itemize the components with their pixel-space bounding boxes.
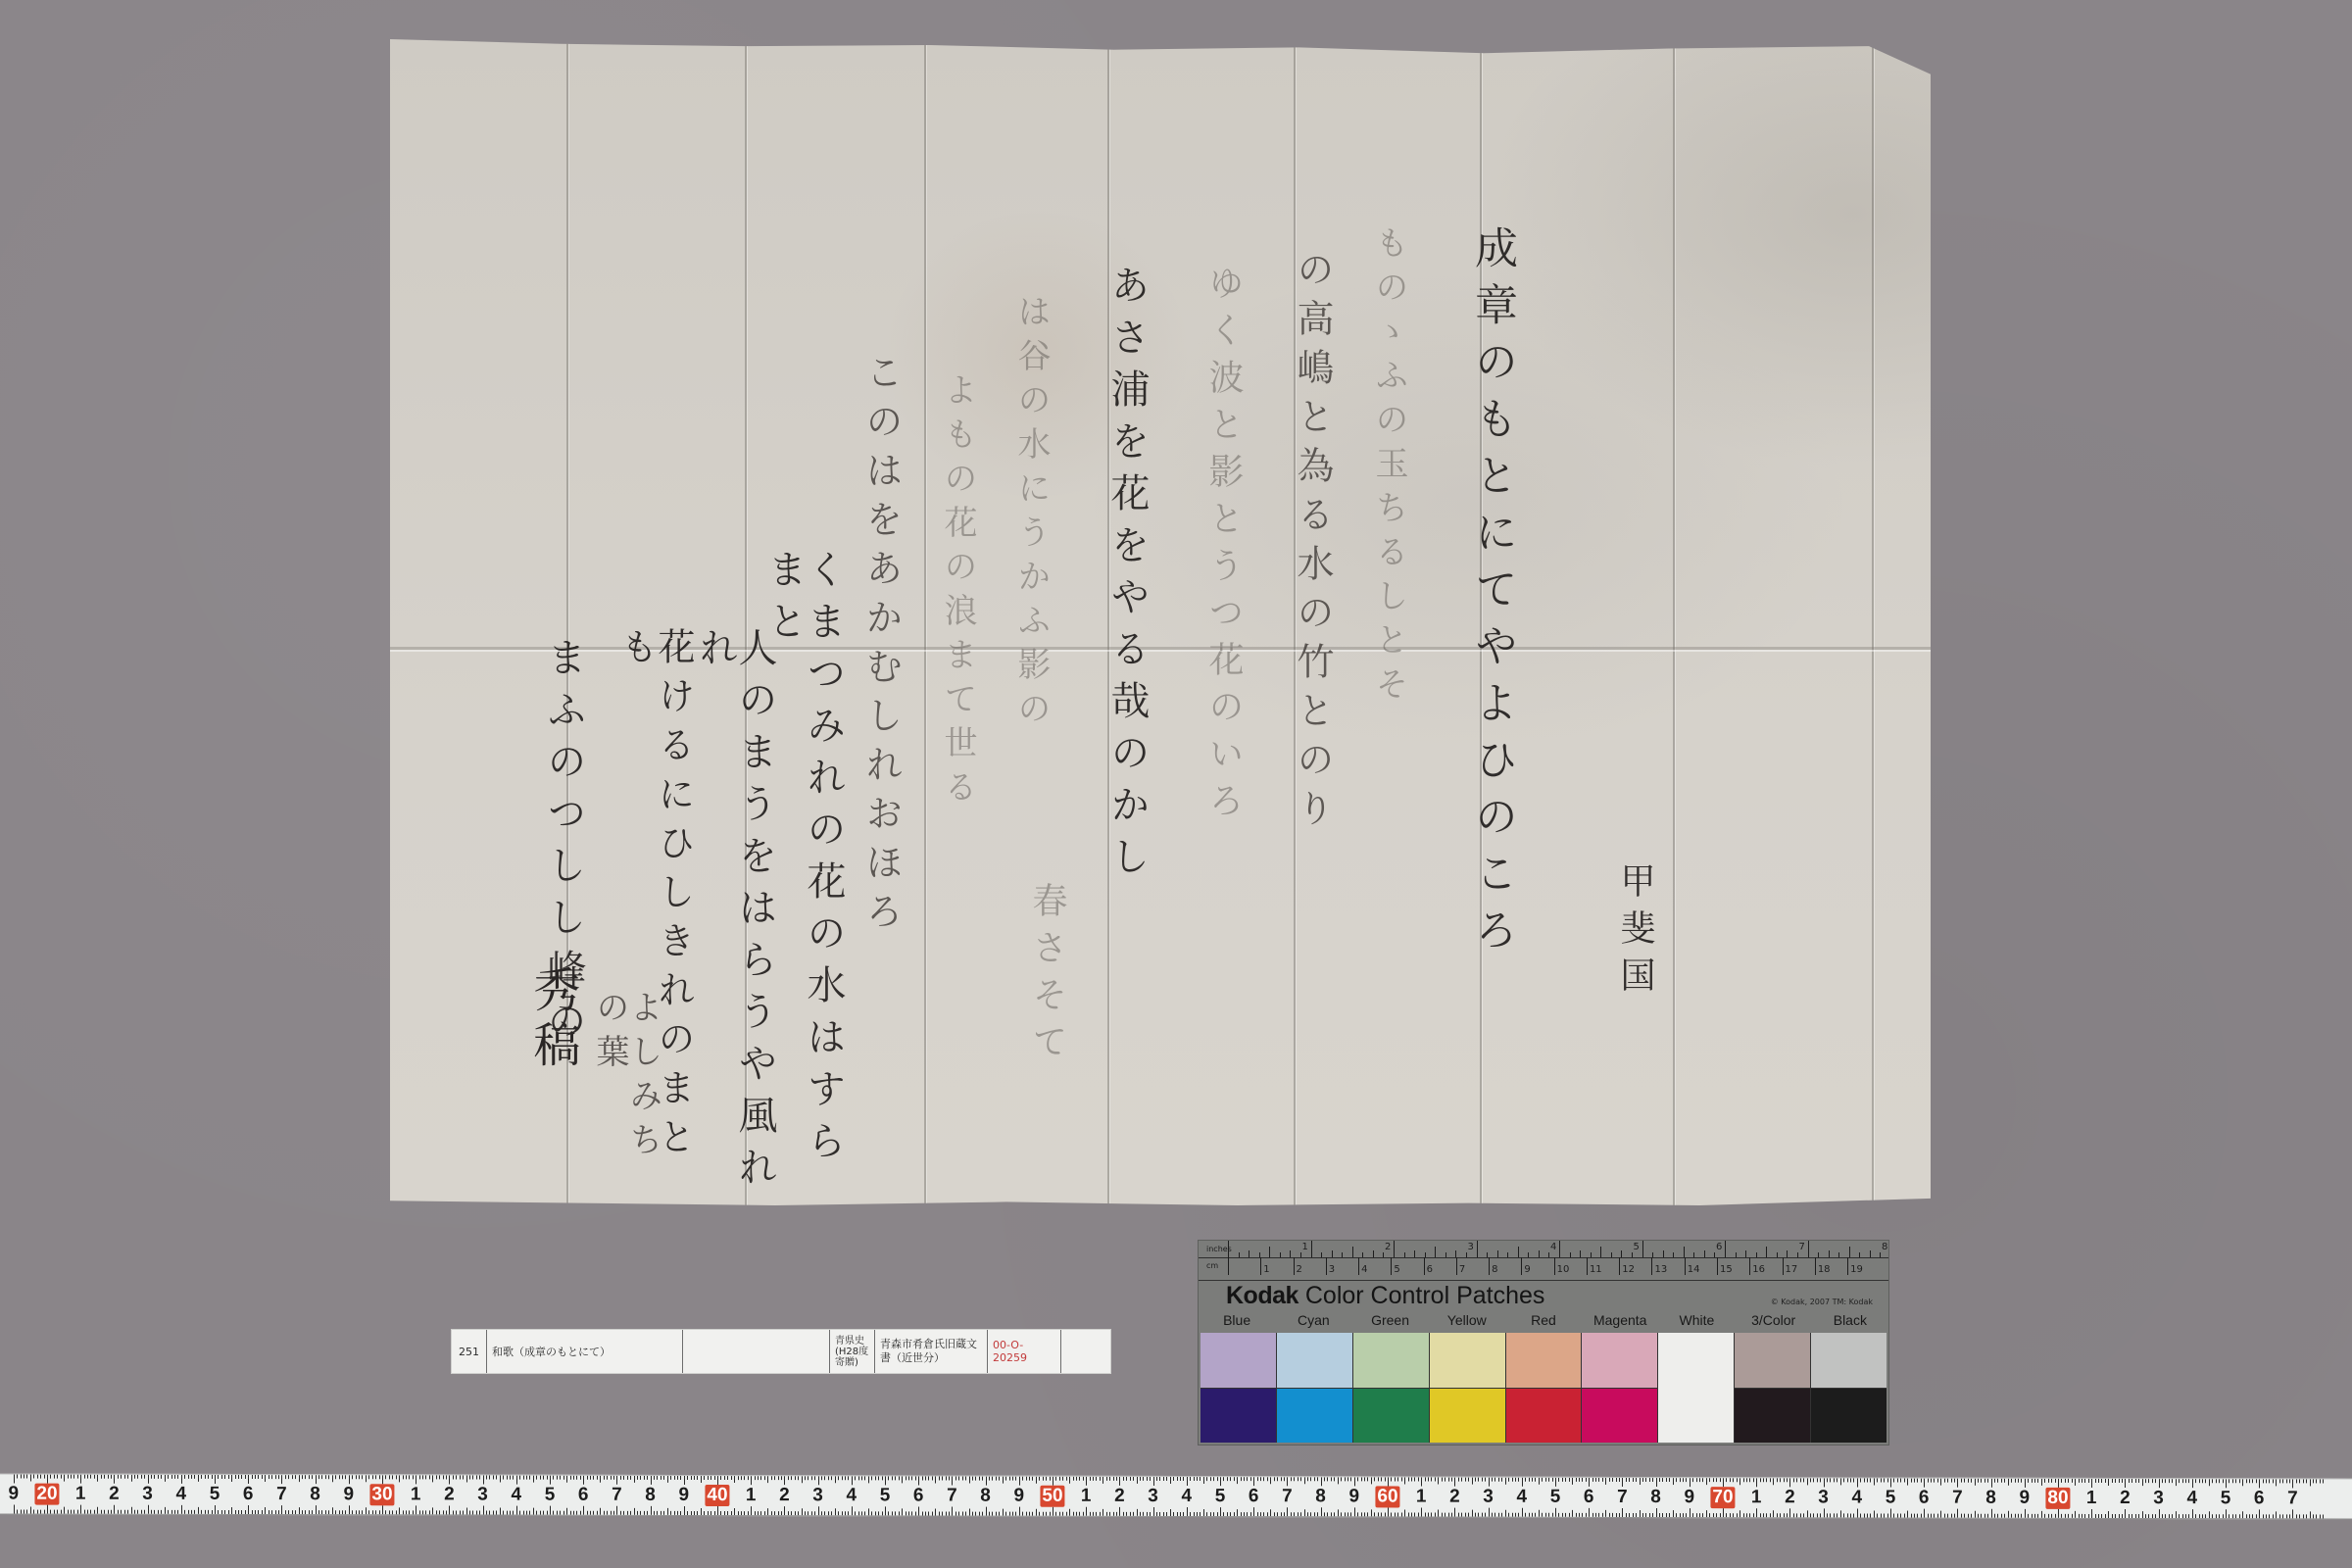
tape-tick	[1686, 1478, 1687, 1482]
inch-tick	[1559, 1241, 1560, 1257]
tape-tick	[1257, 1512, 1258, 1516]
tape-tick	[1864, 1478, 1865, 1482]
inch-tick	[1394, 1241, 1395, 1257]
tape-tick	[1793, 1513, 1794, 1517]
tape-cm-label: 3	[1148, 1486, 1158, 1507]
tape-tick	[864, 1511, 865, 1515]
tape-tick	[1676, 1478, 1677, 1482]
tape-tick	[1458, 1478, 1459, 1482]
tape-tick	[2323, 1514, 2324, 1518]
tape-tick	[342, 1475, 343, 1479]
tape-tick	[218, 1475, 219, 1479]
inch-tick	[1414, 1250, 1415, 1257]
tape-tick	[2172, 1514, 2173, 1518]
tape-tick	[2122, 1479, 2123, 1483]
tape-tick	[1874, 1478, 1875, 1485]
tape-tick	[925, 1476, 926, 1480]
tape-tick	[1598, 1513, 1599, 1517]
tape-tick	[1414, 1478, 1415, 1482]
tape-tick	[1166, 1477, 1167, 1481]
tape-tick	[1147, 1477, 1148, 1481]
patch-name-label: Blue	[1199, 1312, 1275, 1332]
tape-tick	[2001, 1514, 2002, 1518]
tape-tick	[1726, 1478, 1727, 1482]
tape-cm-label: 4	[847, 1485, 857, 1506]
cm-label: 9	[1524, 1264, 1530, 1275]
tape-decade-label: 50	[1040, 1486, 1064, 1507]
tape-cm-label: 6	[1919, 1488, 1930, 1509]
tape-tick	[952, 1507, 953, 1516]
tape-tick	[21, 1510, 22, 1514]
tape-tick	[1197, 1512, 1198, 1516]
tape-tick	[1870, 1513, 1871, 1517]
tape-tick	[2041, 1511, 2042, 1518]
tape-tick	[1994, 1479, 1995, 1483]
inch-tick	[1725, 1241, 1726, 1257]
tape-tick	[657, 1476, 658, 1480]
tape-tick	[305, 1510, 306, 1514]
tape-tick	[345, 1475, 346, 1479]
tape-tick	[848, 1476, 849, 1480]
tape-tick	[68, 1510, 69, 1514]
tape-tick	[2131, 1514, 2132, 1518]
tape-tick	[2259, 1509, 2260, 1518]
tape-tick	[1968, 1514, 1969, 1518]
tape-cm-label: 8	[645, 1485, 656, 1506]
tape-tick	[697, 1511, 698, 1515]
tape-tick	[1267, 1512, 1268, 1516]
tape-tick	[593, 1476, 594, 1480]
inch-tick	[1787, 1250, 1788, 1257]
tape-tick	[1512, 1478, 1513, 1482]
tape-tick	[2119, 1514, 2120, 1518]
tape-tick	[2028, 1514, 2029, 1518]
inch-label: 2	[1385, 1242, 1391, 1252]
tape-tick	[1897, 1514, 1898, 1518]
color-patch-magenta	[1582, 1333, 1658, 1443]
dark-patch	[1353, 1388, 1429, 1444]
tape-tick	[1086, 1477, 1087, 1486]
tape-tick	[911, 1476, 912, 1480]
cm-label: 2	[1297, 1264, 1302, 1275]
color-patch-green	[1353, 1333, 1430, 1443]
tape-tick	[2135, 1479, 2136, 1483]
kodak-title: Kodak Color Control Patches	[1226, 1282, 1544, 1310]
tape-tick	[798, 1511, 799, 1515]
tape-cm-label: 3	[477, 1485, 488, 1506]
color-patch-white	[1658, 1333, 1735, 1443]
tape-tick	[2008, 1511, 2009, 1518]
tape-tick	[26, 1475, 27, 1479]
tape-tick	[40, 1475, 41, 1479]
tape-tick	[84, 1510, 85, 1514]
tape-tick	[2239, 1479, 2240, 1483]
tape-tick	[2212, 1479, 2213, 1483]
calligraphy-column: 成章のもとにてやよひのころ	[1470, 225, 1513, 964]
dark-patch	[1735, 1388, 1810, 1444]
tape-tick	[1867, 1513, 1868, 1517]
tape-tick	[616, 1476, 617, 1485]
tape-tick	[824, 1476, 825, 1480]
tape-tick	[1059, 1477, 1060, 1481]
tape-tick	[299, 1507, 300, 1514]
cm-label: 17	[1786, 1264, 1798, 1275]
tape-tick	[1137, 1509, 1138, 1516]
tape-tick	[1793, 1478, 1794, 1482]
tape-tick	[1291, 1512, 1292, 1516]
tape-tick	[2084, 1514, 2085, 1518]
tape-tick	[1448, 1513, 1449, 1517]
inch-tick	[1539, 1250, 1540, 1257]
tape-tick	[1931, 1514, 1932, 1518]
tape-tick	[885, 1506, 886, 1515]
tape-cm-label: 9	[679, 1485, 690, 1506]
tape-tick	[781, 1476, 782, 1480]
tape-tick	[1411, 1478, 1412, 1482]
tape-tick	[734, 1508, 735, 1515]
tape-tick	[784, 1476, 785, 1485]
tape-tick	[1194, 1512, 1195, 1516]
inch-tick	[1808, 1241, 1809, 1257]
tape-tick	[1542, 1513, 1543, 1517]
tape-cm-label: 2	[444, 1484, 455, 1505]
tape-tick	[1170, 1477, 1171, 1484]
cm-label: 16	[1752, 1264, 1765, 1275]
tape-tick	[731, 1476, 732, 1480]
color-patch-cyan	[1277, 1333, 1353, 1443]
cm-tick	[1749, 1257, 1750, 1275]
tape-tick	[1015, 1512, 1016, 1516]
tape-tick	[616, 1506, 617, 1515]
tape-cm-label: 6	[2254, 1488, 2265, 1509]
tape-cm-label: 6	[578, 1485, 589, 1506]
tape-tick	[1090, 1477, 1091, 1481]
tape-tick	[654, 1511, 655, 1515]
tape-tick	[1666, 1513, 1667, 1517]
tape-tick	[359, 1510, 360, 1514]
tape-tick	[1770, 1478, 1771, 1482]
tape-tick	[2266, 1514, 2267, 1518]
tape-tick	[992, 1477, 993, 1481]
tape-tick	[1428, 1478, 1429, 1482]
tape-tick	[1706, 1478, 1707, 1485]
tape-tick	[1159, 1512, 1160, 1516]
tape-tick	[1501, 1513, 1502, 1517]
tape-tick	[281, 1505, 282, 1514]
tape-tick	[1713, 1513, 1714, 1517]
tape-tick	[121, 1475, 122, 1479]
tape-tick	[1478, 1513, 1479, 1517]
calligraphy-column: 甲斐国	[1617, 862, 1652, 1004]
tape-tick	[670, 1476, 671, 1480]
tape-tick	[1482, 1478, 1483, 1482]
tape-tick	[1997, 1514, 1998, 1518]
kodak-title-text: Color Control Patches	[1305, 1282, 1545, 1309]
dark-patch	[1506, 1388, 1582, 1444]
tape-tick	[557, 1511, 558, 1515]
tape-tick	[449, 1475, 450, 1484]
patch-names: BlueCyanGreenYellowRedMagentaWhite3/Colo…	[1199, 1312, 1888, 1332]
tape-tick	[443, 1475, 444, 1479]
tape-tick	[1981, 1514, 1982, 1518]
tape-tick	[1562, 1478, 1563, 1482]
tape-tick	[583, 1476, 584, 1485]
tape-tick	[1991, 1479, 1992, 1488]
tape-tick	[215, 1505, 216, 1514]
tape-tick	[2282, 1479, 2283, 1483]
tape-tick	[1183, 1512, 1184, 1516]
tape-tick	[2065, 1514, 2066, 1518]
tape-tick	[1690, 1478, 1690, 1487]
tape-tick	[262, 1510, 263, 1514]
tape-tick	[194, 1510, 195, 1514]
tape-cm-label: 4	[1852, 1487, 1863, 1508]
tape-tick	[278, 1510, 279, 1514]
tape-tick	[727, 1511, 728, 1515]
tape-tick	[1183, 1477, 1184, 1481]
tape-tick	[1102, 1477, 1103, 1484]
tape-tick	[1284, 1512, 1285, 1516]
tape-tick	[446, 1475, 447, 1479]
tape-tick	[1498, 1513, 1499, 1517]
tape-tick	[1143, 1512, 1144, 1516]
tape-tick	[2122, 1514, 2123, 1518]
tape-tick	[2162, 1514, 2163, 1518]
tape-cm-label: 5	[545, 1485, 556, 1506]
tape-tick	[1824, 1478, 1825, 1487]
tape-tick	[623, 1511, 624, 1515]
tape-tick	[1720, 1478, 1721, 1482]
tape-tick	[1438, 1510, 1439, 1517]
tape-tick	[54, 1510, 55, 1514]
tape-tick	[278, 1475, 279, 1479]
tape-tick	[510, 1476, 511, 1480]
tape-tick	[1036, 1477, 1037, 1484]
tape-tick	[1177, 1512, 1178, 1516]
tape-tick	[463, 1475, 464, 1479]
patch-name-label: Yellow	[1429, 1312, 1505, 1332]
tape-tick	[1391, 1512, 1392, 1516]
tape-tick	[1787, 1513, 1788, 1517]
tape-tick	[299, 1475, 300, 1482]
tape-tick	[613, 1511, 614, 1515]
tape-tick	[432, 1475, 433, 1482]
tape-tick	[1230, 1477, 1231, 1481]
tape-tick	[1090, 1512, 1091, 1516]
tape-tick	[1692, 1478, 1693, 1482]
tape-tick	[372, 1510, 373, 1514]
tape-tick	[680, 1511, 681, 1515]
tape-tick	[406, 1510, 407, 1514]
tape-tick	[1364, 1512, 1365, 1516]
tape-tick	[1388, 1507, 1389, 1516]
tape-tick	[1408, 1477, 1409, 1481]
tape-tick	[1055, 1512, 1056, 1516]
tape-tick	[2199, 1514, 2200, 1518]
tape-tick	[1465, 1478, 1466, 1482]
tape-tick	[2011, 1514, 2012, 1518]
tape-tick	[2256, 1514, 2257, 1518]
tape-tick	[1062, 1512, 1063, 1516]
patch-name-label: Magenta	[1582, 1312, 1658, 1332]
tape-cm-label: 7	[1617, 1487, 1628, 1508]
tape-tick	[526, 1476, 527, 1480]
tape-tick	[194, 1475, 195, 1479]
tape-tick	[2105, 1514, 2106, 1518]
color-patch-blue	[1200, 1333, 1277, 1443]
tape-tick	[1388, 1477, 1389, 1486]
tape-tick	[104, 1475, 105, 1479]
tape-cm-label: 1	[1416, 1487, 1427, 1508]
tape-tick	[1093, 1512, 1094, 1516]
tape-tick	[1746, 1513, 1747, 1517]
tape-tick	[1220, 1507, 1221, 1516]
tape-tick	[1096, 1512, 1097, 1516]
tape-tick	[902, 1508, 903, 1515]
tape-tick	[1066, 1512, 1067, 1516]
tape-tick	[955, 1512, 956, 1516]
catalog-label-card: 251 和歌（成章のもとにて） 青県史(H28度寄贈) 青森市肴倉氏旧蔵文書（近…	[451, 1329, 1111, 1374]
tape-tick	[1130, 1477, 1131, 1481]
tape-tick	[2011, 1479, 2012, 1483]
tape-tick	[2044, 1514, 2045, 1518]
tape-tick	[469, 1475, 470, 1479]
tape-tick	[1535, 1478, 1536, 1482]
tape-tick	[1298, 1512, 1298, 1516]
tape-tick	[2048, 1479, 2049, 1483]
tape-tick	[1924, 1479, 1925, 1488]
tape-tick	[644, 1511, 645, 1515]
tape-tick	[1532, 1478, 1533, 1482]
tape-tick	[1083, 1512, 1084, 1516]
tape-cm-label: 7	[947, 1486, 957, 1507]
tape-tick	[111, 1475, 112, 1479]
tape-tick	[1555, 1478, 1556, 1487]
tape-tick	[2176, 1479, 2177, 1486]
tape-tick	[1234, 1477, 1235, 1481]
tape-tick	[1227, 1477, 1228, 1481]
tape-tick	[255, 1510, 256, 1514]
tape-tick	[1602, 1513, 1603, 1517]
tape-tick	[1857, 1508, 1858, 1517]
tape-tick	[2239, 1514, 2240, 1518]
tape-tick	[265, 1507, 266, 1514]
tape-tick	[1766, 1513, 1767, 1517]
tape-tick	[1756, 1478, 1757, 1487]
tape-tick	[1494, 1478, 1495, 1482]
tape-tick	[332, 1507, 333, 1514]
tape-tick	[359, 1475, 360, 1479]
tape-tick	[2276, 1511, 2277, 1518]
tape-tick	[208, 1475, 209, 1479]
tape-tick	[1589, 1508, 1590, 1517]
tape-tick	[385, 1475, 386, 1479]
tape-tick	[2209, 1479, 2210, 1486]
tape-tick	[1321, 1477, 1322, 1486]
tape-tick	[925, 1511, 926, 1515]
tape-tick	[587, 1476, 588, 1480]
tape-tick	[1341, 1477, 1342, 1481]
tape-tick	[1964, 1479, 1965, 1483]
tape-tick	[90, 1510, 91, 1514]
tape-tick	[764, 1511, 765, 1515]
tape-tick	[1662, 1513, 1663, 1517]
tape-tick	[871, 1511, 872, 1515]
tape-tick	[1893, 1514, 1894, 1518]
tape-tick	[1106, 1477, 1107, 1481]
tape-tick	[1069, 1477, 1070, 1484]
tape-tick	[1153, 1507, 1154, 1516]
tape-tick	[1944, 1479, 1945, 1483]
tape-cm-label: 8	[1315, 1486, 1326, 1507]
tape-cm-label: 2	[1114, 1486, 1125, 1507]
tape-tick	[1934, 1479, 1935, 1483]
tape-tick	[158, 1475, 159, 1479]
tape-decade-label: 70	[1710, 1487, 1735, 1508]
tape-tick	[1997, 1479, 1998, 1483]
tape-tick	[64, 1475, 65, 1482]
tape-tick	[14, 1475, 15, 1484]
tape-tick	[1003, 1477, 1004, 1484]
tape-tick	[597, 1476, 598, 1480]
tape-tick	[1445, 1513, 1445, 1517]
tape-tick	[1656, 1508, 1657, 1517]
tape-tick	[1274, 1477, 1275, 1481]
tape-tick	[1361, 1477, 1362, 1481]
tape-tick	[835, 1508, 836, 1515]
tape-tick	[1418, 1513, 1419, 1517]
tape-tick	[127, 1510, 128, 1514]
tape-tick	[1253, 1507, 1254, 1516]
tape-tick	[382, 1505, 383, 1514]
tape-tick	[1397, 1512, 1398, 1516]
tape-tick	[694, 1511, 695, 1515]
tape-tick	[2145, 1514, 2146, 1518]
tape-tick	[828, 1511, 829, 1515]
tape-tick	[1867, 1478, 1868, 1482]
tape-tick	[2004, 1479, 2005, 1483]
tape-tick	[469, 1510, 470, 1514]
tape-tick	[1981, 1479, 1982, 1483]
tape-tick	[2152, 1479, 2153, 1483]
tape-tick	[2303, 1514, 2304, 1518]
tape-tick	[1163, 1477, 1164, 1481]
tape-cm-label: 3	[142, 1484, 153, 1505]
tape-tick	[1633, 1478, 1634, 1482]
tape-tick	[908, 1511, 909, 1515]
tape-tick	[389, 1510, 390, 1514]
tape-tick	[2037, 1479, 2038, 1483]
tape-tick	[114, 1505, 115, 1514]
tape-tick	[101, 1510, 102, 1514]
tape-cm-label: 1	[746, 1485, 757, 1506]
tape-tick	[928, 1476, 929, 1480]
tape-tick	[1733, 1478, 1734, 1482]
tape-tick	[1307, 1512, 1308, 1516]
tape-tick	[1576, 1478, 1577, 1482]
tape-tick	[271, 1475, 272, 1479]
tape-tick	[895, 1511, 896, 1515]
tape-tick	[979, 1512, 980, 1516]
tape-tick	[1807, 1510, 1808, 1517]
calligraphy-column: ゆく波と影とうつ花のいろ	[1205, 265, 1241, 829]
tape-tick	[94, 1475, 95, 1479]
tape-tick	[771, 1476, 772, 1480]
tape-tick	[1442, 1478, 1443, 1482]
tape-tick	[124, 1510, 125, 1514]
tape-tick	[1586, 1478, 1587, 1482]
tape-tick	[2269, 1514, 2270, 1518]
